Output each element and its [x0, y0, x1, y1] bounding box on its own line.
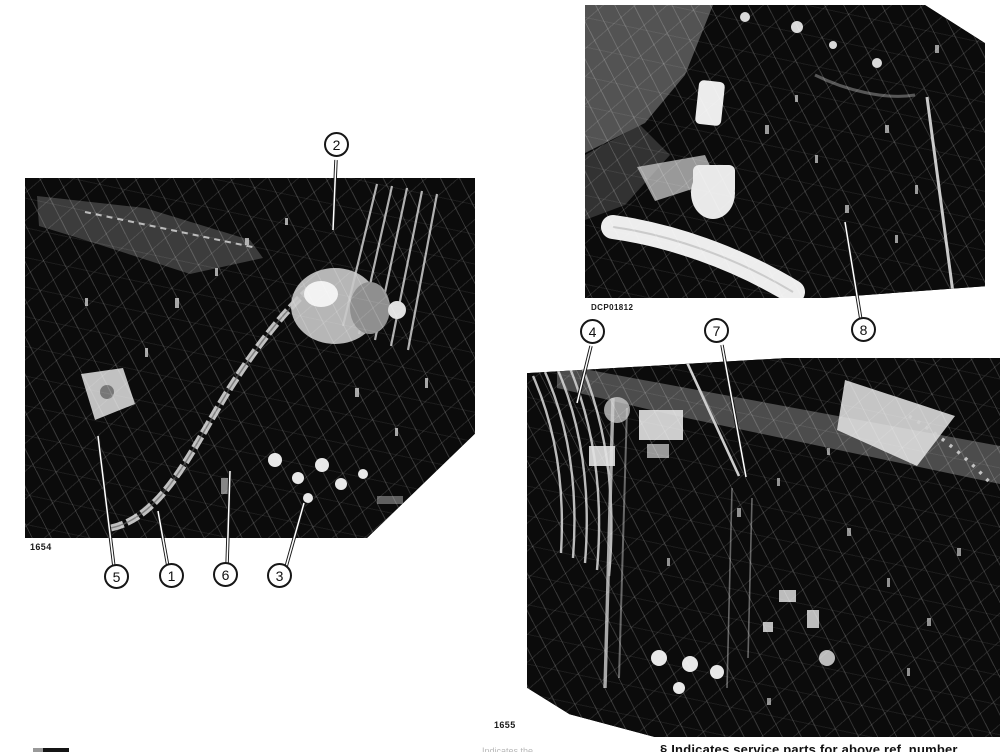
engine-illustration-dcp01812: [585, 5, 985, 298]
callout-5: 5: [104, 564, 129, 589]
engine-illustration-1655: [527, 358, 1000, 737]
service-parts-footnote: § Indicates service parts for above ref.…: [660, 742, 958, 752]
engine-illustration-1654: [25, 178, 475, 538]
callout-7: 7: [704, 318, 729, 343]
engine-photo-dcp01812: [585, 5, 985, 298]
callout-4: 4: [580, 319, 605, 344]
figure-caption-dcp01812: DCP01812: [591, 303, 633, 312]
callout-1: 1: [159, 563, 184, 588]
callout-2: 2: [324, 132, 349, 157]
left-footnote-fragment: Indicates the: [482, 746, 533, 752]
page-bottom-artifact: [33, 748, 69, 752]
callout-6: 6: [213, 562, 238, 587]
engine-photo-1654: [25, 178, 475, 538]
callout-8: 8: [851, 317, 876, 342]
figure-caption-1655: 1655: [494, 720, 516, 730]
callout-3: 3: [267, 563, 292, 588]
figure-caption-1654: 1654: [30, 542, 52, 552]
engine-photo-1655: [527, 358, 1000, 737]
